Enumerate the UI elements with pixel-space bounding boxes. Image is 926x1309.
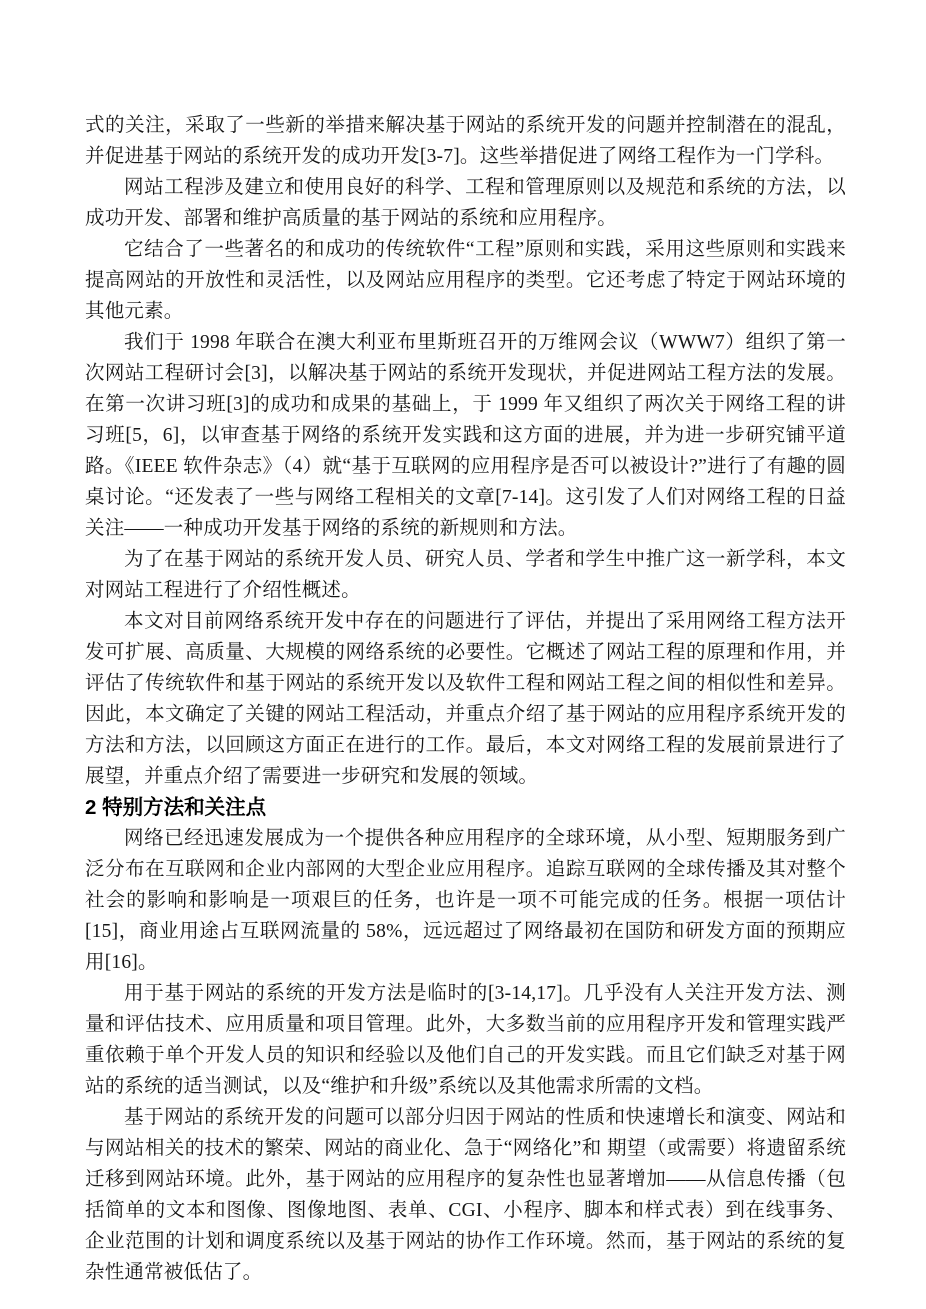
paragraph: 为了在基于网站的系统开发人员、研究人员、学者和学生中推广这一新学科，本文对网站工… <box>85 544 846 606</box>
section-heading: 2 特别方法和关注点 <box>85 792 846 823</box>
paragraph: 我们于 1998 年联合在澳大利亚布里斯班召开的万维网会议（WWW7）组织了第一… <box>85 327 846 544</box>
paragraph: 网络已经迅速发展成为一个提供各种应用程序的全球环境，从小型、短期服务到广泛分布在… <box>85 823 846 978</box>
paragraph: 它结合了一些著名的和成功的传统软件“工程”原则和实践，采用这些原则和实践来提高网… <box>85 234 846 327</box>
paragraph-continuation: 式的关注，采取了一些新的举措来解决基于网站的系统开发的问题并控制潜在的混乱，并促… <box>85 110 846 172</box>
document-page: 式的关注，采取了一些新的举措来解决基于网站的系统开发的问题并控制潜在的混乱，并促… <box>0 0 926 1309</box>
paragraph: 网站工程涉及建立和使用良好的科学、工程和管理原则以及规范和系统的方法，以成功开发… <box>85 172 846 234</box>
paragraph: 用于基于网站的系统的开发方法是临时的[3-14,17]。几乎没有人关注开发方法、… <box>85 978 846 1102</box>
paragraph: 本文对目前网络系统开发中存在的问题进行了评估，并提出了采用网络工程方法开发可扩展… <box>85 606 846 792</box>
paragraph: 基于网站的系统开发的问题可以部分归因于网站的性质和快速增长和演变、网站和与网站相… <box>85 1102 846 1288</box>
